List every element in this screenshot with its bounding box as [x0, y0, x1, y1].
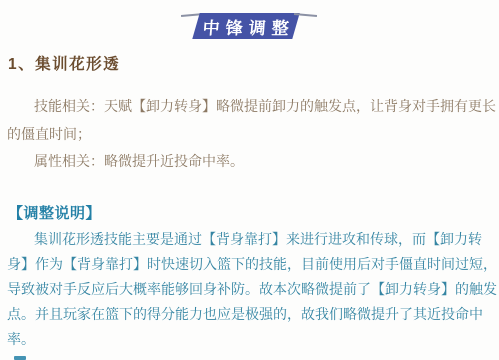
next-line-cutoff-fragment	[14, 356, 26, 360]
adjustment-notes-paragraph: 集训花形透技能主要是通过【背身靠打】来进行进攻和传球，而【卸力转 身】作为【背身…	[7, 227, 497, 352]
ribbon-title: 中锋调整	[196, 14, 296, 39]
announcement-page: 中锋调整 1、集训花形透 技能相关：天赋【卸力转身】略微提前卸力的触发点，让背身…	[0, 0, 499, 360]
attribute-related-paragraph: 属性相关：略微提升近投命中率。	[7, 148, 244, 176]
item-heading: 1、集训花形透	[8, 52, 120, 74]
skill-related-paragraph: 技能相关：天赋【卸力转身】略微提前卸力的触发点，让背身对手拥有更长 的僵直时间；	[7, 93, 496, 148]
adjustment-notes-heading: 【调整说明】	[8, 202, 101, 223]
ribbon-banner: 中锋调整	[192, 13, 299, 39]
